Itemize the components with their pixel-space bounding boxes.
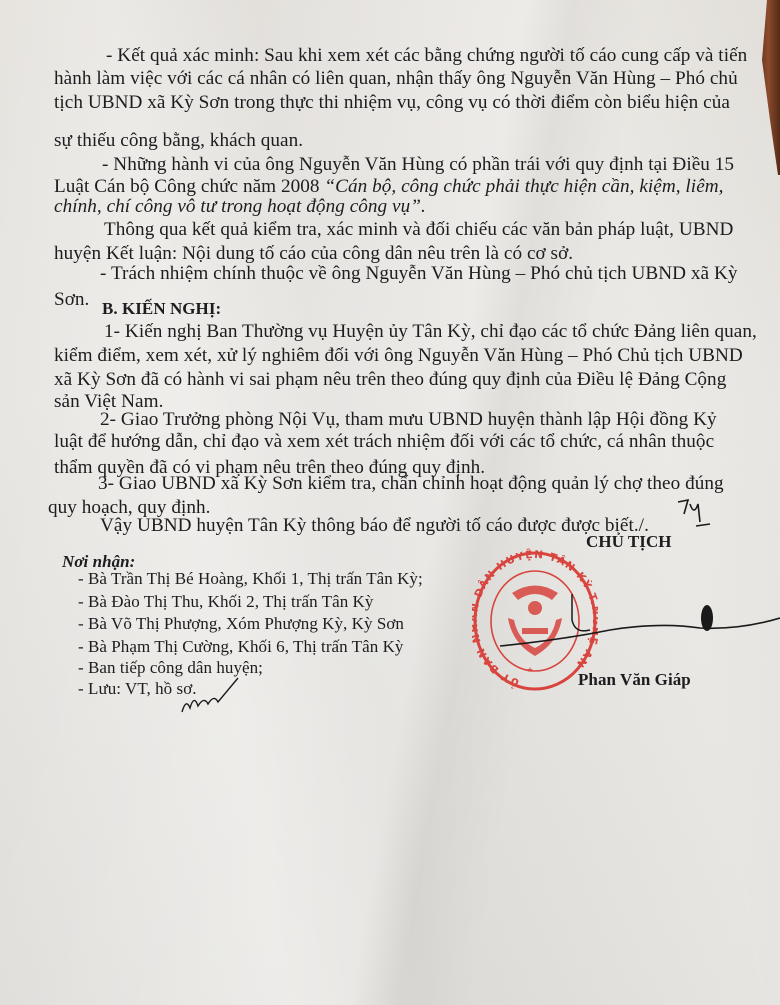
signer-name: Phan Văn Giáp (578, 671, 691, 688)
text-line: - Kết quả xác minh: Sau khi xem xét các … (106, 46, 747, 65)
text-line: 2- Giao Trưởng phòng Nội Vụ, tham mưu UB… (100, 410, 717, 429)
text-line: Sơn. (54, 290, 89, 309)
law-quote: chính, chí công vô tư trong hoạt động cô… (54, 197, 426, 216)
text-line: - Trách nhiệm chính thuộc về ông Nguyễn … (100, 264, 738, 283)
recipient-item: - Bà Võ Thị Phượng, Xóm Phượng Kỳ, Kỳ Sơ… (78, 615, 404, 632)
closing-line: Vậy UBND huyện Tân Kỳ thông báo để người… (100, 516, 649, 535)
recipient-item: - Bà Phạm Thị Cường, Khối 6, Thị trấn Tâ… (78, 638, 403, 655)
initials-mark (674, 496, 714, 532)
text-line: Thông qua kết quả kiểm tra, xác minh và … (104, 220, 733, 239)
recipients-heading: Nơi nhận: (62, 553, 135, 570)
text-line: tịch UBND xã Kỳ Sơn trong thực thi nhiệm… (54, 93, 730, 112)
signer-title: CHỦ TỊCH (586, 533, 672, 550)
text-line: sự thiếu công bằng, khách quan. (54, 131, 303, 150)
text-line: hành làm việc với các cá nhân có liên qu… (54, 69, 738, 88)
law-reference: Luật Cán bộ Công chức năm 2008 (54, 176, 324, 197)
text-line: huyện Kết luận: Nội dung tố cáo của công… (54, 244, 573, 263)
recipient-item: - Bà Trần Thị Bé Hoàng, Khối 1, Thị trấn… (78, 570, 423, 587)
law-quote: “Cán bộ, công chức phải thực hiện cần, k… (324, 176, 723, 197)
text-line: 3- Giao UBND xã Kỳ Sơn kiểm tra, chấn ch… (98, 474, 724, 493)
text-line: xã Kỳ Sơn đã có hành vi sai phạm nêu trê… (54, 370, 726, 389)
text-line: luật để hướng dẫn, chỉ đạo và xem xét tr… (54, 432, 714, 451)
text-line: - Những hành vi của ông Nguyễn Văn Hùng … (102, 155, 734, 174)
text-line: kiểm điểm, xem xét, xử lý nghiêm đối với… (54, 346, 743, 365)
text-line: 1- Kiến nghị Ban Thường vụ Huyện ủy Tân … (104, 322, 757, 341)
clerk-initials-mark (178, 672, 248, 720)
text-line: Luật Cán bộ Công chức năm 2008 “Cán bộ, … (54, 177, 724, 196)
section-heading: B. KIẾN NGHỊ: (102, 300, 221, 317)
document-page: - Kết quả xác minh: Sau khi xem xét các … (0, 0, 780, 1005)
recipient-item: - Bà Đào Thị Thu, Khối 2, Thị trấn Tân K… (78, 593, 373, 610)
